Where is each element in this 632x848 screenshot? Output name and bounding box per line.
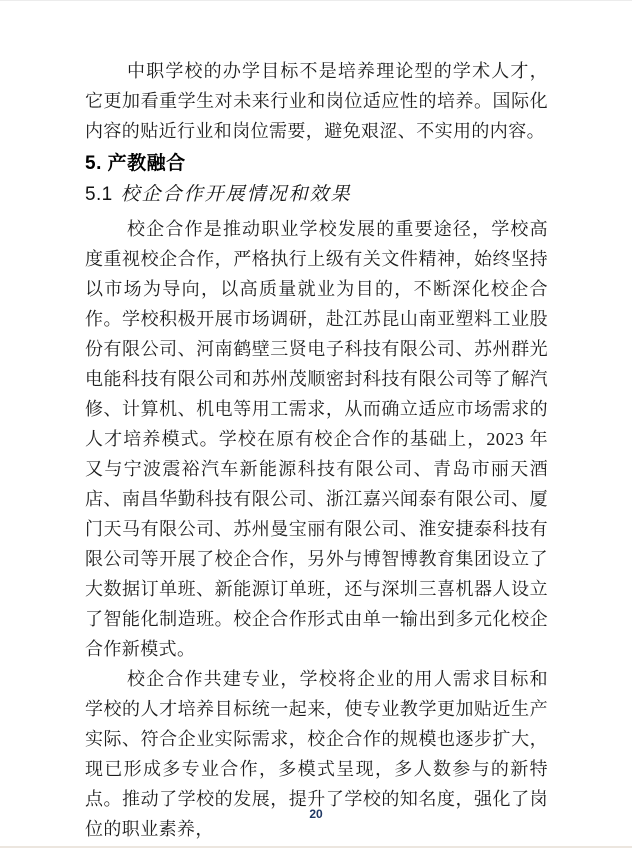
document-page: 中职学校的办学目标不是培养理论型的学术人才，它更加看重学生对未来行业和岗位适应性… xyxy=(0,0,632,848)
paragraph-intro: 中职学校的办学目标不是培养理论型的学术人才，它更加看重学生对未来行业和岗位适应性… xyxy=(85,56,548,146)
subsection-heading-title: 校企合作开展情况和效果 xyxy=(121,184,352,205)
paragraph-cooperation-overview: 校企合作是推动职业学校发展的重要途径，学校高度重视校企合作，严格执行上级有关文件… xyxy=(85,214,548,664)
section-heading-5: 5. 产教融合 xyxy=(85,149,548,179)
section-heading-title: 产教融合 xyxy=(108,153,186,174)
section-heading-number: 5. xyxy=(85,153,102,174)
page-number: 20 xyxy=(0,807,632,821)
page-content: 中职学校的办学目标不是培养理论型的学术人才，它更加看重学生对未来行业和岗位适应性… xyxy=(85,56,548,844)
subsection-heading-5-1: 5.1校企合作开展情况和效果 xyxy=(85,179,548,210)
subsection-heading-number: 5.1 xyxy=(85,184,113,205)
